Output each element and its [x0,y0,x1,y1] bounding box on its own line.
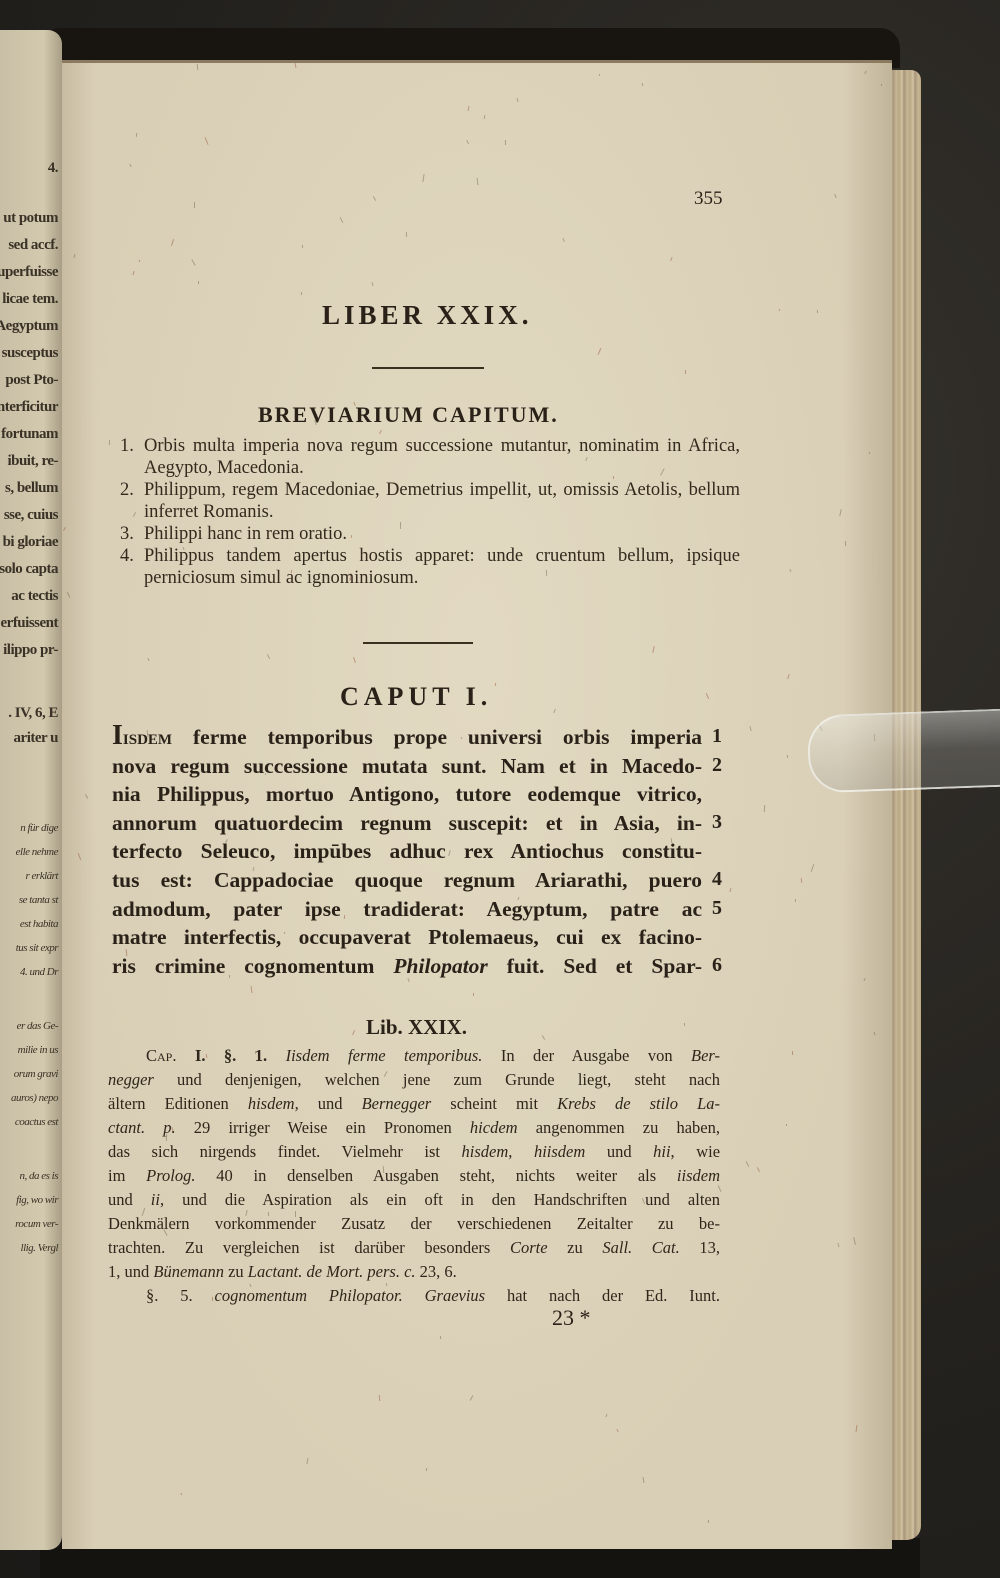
left-page-text-fragment: ut potum [3,210,58,227]
page-holder-clip [807,708,1000,793]
left-page-text-fragment: elle nehme [16,846,58,858]
note-line: im Prolog. 40 in denselben Ausgaben steh… [108,1164,720,1188]
left-page-text-fragment: fortunam [1,426,58,443]
margin-section-number: 6 [712,951,732,980]
breviarium-item: 2.Philippum, regem Macedoniae, Demetrius… [120,479,740,523]
breviarium-item: 4.Philippus tandem apertus hostis appare… [120,545,740,589]
body-line: Iisdem ferme temporibus prope universi o… [112,722,702,752]
notes-heading: Lib. XXIX. [366,1015,467,1040]
chapter-body-text: Iisdem ferme temporibus prope universi o… [112,722,702,980]
left-facing-page: 4.ut potumsed accf.uperfuisselicae tem.A… [0,30,62,1550]
margin-section-number: 3 [712,808,732,837]
body-line: annorum quatuordecim regnum suscepit: et… [112,809,702,838]
left-page-text-fragment: ac tectis [11,588,58,605]
title-divider [372,367,484,369]
left-page-text-fragment: est habita [20,918,58,930]
left-page-text-fragment: licae tem. [2,291,58,308]
left-page-text-fragment: se tanta st [19,894,58,906]
left-page-text-fragment: uperfuisse [0,264,58,281]
item-number: 2. [120,479,134,501]
left-page-text-fragment: sed accf. [8,237,58,254]
body-line: matre interfectis, occupaverat Ptolemaeu… [112,923,702,952]
item-number: 1. [120,435,134,457]
section-divider [363,642,473,644]
left-page-text-fragment: . IV, 6, E [8,705,58,722]
note-line: ältern Editionen hisdem, und Bernegger s… [108,1092,720,1116]
note-line: und ii, und die Aspiration als ein oft i… [108,1188,720,1212]
left-page-text-fragment: s, bellum [5,480,58,497]
body-line: ris crimine cognomentum Philopator fuit.… [112,952,702,981]
section-margin-numbers: 123456 [712,722,732,979]
body-line: nova regum successione mutata sunt. Nam … [112,752,702,781]
left-page-text-fragment: n, da es is [20,1170,59,1182]
drop-cap: I [112,720,123,751]
signature-mark: 23 * [552,1305,591,1331]
breviarium-list: 1.Orbis multa imperia nova regum success… [120,435,740,589]
margin-section-number: 2 [712,751,732,780]
body-line: terfecto Seleuco, impūbes adhuc rex Anti… [112,837,702,866]
note-line: trachten. Zu vergleichen ist darüber bes… [108,1236,720,1260]
body-line: tus est: Cappadociae quoque regnum Ariar… [112,866,702,895]
left-page-text-fragment: er das Ge- [17,1020,58,1032]
chapter-heading: CAPUT I. [340,682,492,712]
left-page-text-fragment: susceptus [2,345,58,362]
left-page-text-fragment: auros) nepo [11,1092,58,1104]
book-title: LIBER XXIX. [322,300,533,331]
left-page-text-fragment: n für dige [20,822,58,834]
margin-section-number: 4 [712,865,732,894]
left-page-text-fragment: Aegyptum [0,318,58,335]
page-number: 355 [694,188,723,210]
note-line: negger und denjenigen, welchen jene zum … [108,1068,720,1092]
body-line: admodum, pater ipse tradiderat: Aegyptum… [112,895,702,924]
left-page-text-fragment: sse, cuius [4,507,58,524]
note-line: §. 5. cognomentum Philopator. Graevius h… [108,1284,720,1308]
breviarium-item: 3.Philippi hanc in rem oratio. [120,523,740,545]
left-page-text-fragment: milie in us [18,1044,58,1056]
margin-section-number [712,922,732,951]
left-page-text-fragment: tus sit expr [16,942,58,954]
margin-section-number: 1 [712,722,732,751]
body-line: nia Philippus, mortuo Antigono, tutore e… [112,780,702,809]
margin-section-number: 5 [712,894,732,923]
left-page-text-fragment: bi gloriae [3,534,58,551]
left-page-text-fragment: post Pto- [5,372,58,389]
margin-section-number [712,836,732,865]
note-line: Denkmälern vorkommender Zusatz der versc… [108,1212,720,1236]
left-page-text-fragment: rocum ver- [15,1218,58,1230]
left-page-text-fragment: coactus est [15,1116,58,1128]
item-text: Philippi hanc in rem oratio. [144,524,347,544]
left-page-text-fragment: erfuissent [1,615,59,632]
item-text: Philippum, regem Macedoniae, Demetrius i… [144,480,740,522]
left-page-text-fragment: solo capta [0,561,58,578]
left-page-text-fragment: ariter u [14,730,58,747]
item-text: Philippus tandem apertus hostis apparet:… [144,546,740,588]
breviarium-item: 1.Orbis multa imperia nova regum success… [120,435,740,479]
note-line: das sich nirgends findet. Vielmehr ist h… [108,1140,720,1164]
note-line: Cap. I. §. 1. Iisdem ferme temporibus. I… [108,1044,720,1068]
left-page-text-fragment: r erklärt [26,870,58,882]
note-line: ctant. p. 29 irriger Weise ein Pronomen … [108,1116,720,1140]
left-page-text-fragment: nterficitur [0,399,58,416]
left-page-text-fragment: llig. Vergl [21,1242,58,1254]
left-page-text-fragment: ilippo pr- [3,642,58,659]
left-page-text-fragment: 4. [48,160,58,177]
left-page-text-fragment: ibuit, re- [7,453,58,470]
left-page-text-fragment: orum gravi [14,1068,58,1080]
note-line: 1, und Bünemann zu Lactant. de Mort. per… [108,1260,720,1284]
left-page-text-fragment: 4. und Dr [20,966,58,978]
breviarium-heading: BREVIARIUM CAPITUM. [258,402,559,428]
item-text: Orbis multa imperia nova regum successio… [144,436,740,478]
left-page-text-fragment: fig, wo wir [16,1194,58,1206]
item-number: 3. [120,523,134,545]
margin-section-number [712,779,732,808]
item-number: 4. [120,545,134,567]
commentary-notes: Cap. I. §. 1. Iisdem ferme temporibus. I… [108,1044,720,1308]
